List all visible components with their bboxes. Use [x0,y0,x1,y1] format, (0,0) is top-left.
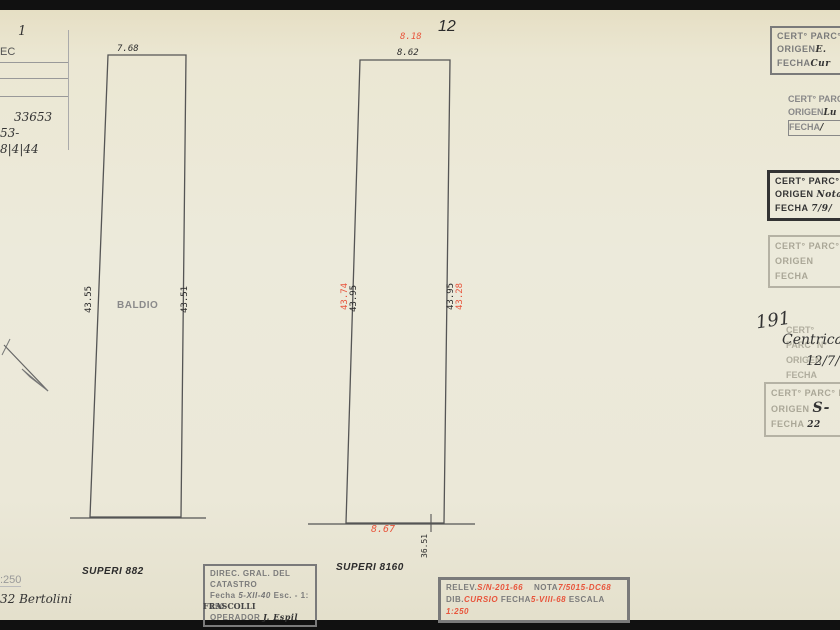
cert-stamp-4: CERT° PARC° N° ORIGEN FECHA [768,235,840,288]
cert-stamp-6: CERT° PARC° N° ORIGEN S- FECHA 22 [764,382,840,437]
right-lot-surface: SUPERI 8160 [336,562,404,573]
right-lot-top-width-red: 8.18 [400,32,422,42]
left-lot-right-side: 43.51 [180,286,190,313]
left-lot-left-side: 43.55 [84,286,94,313]
right-lot-top-width: 8.62 [397,48,419,58]
catastro-stamp: DIREC. GRAL. DEL CATASTRO Fecha 5-XII-40… [203,564,317,627]
left-lot-label: BALDIO [117,300,158,311]
cadastral-plan-sheet: 12 1 EC 33653 53- 8|4|44 7.68 43.55 43.5… [0,10,840,620]
annotation-word: Centrica [782,332,840,348]
relevamiento-stamp: RELEV.S/N-201-66 NOTA7/5015-DC68 DIB.CUR… [438,577,630,623]
catastro-name: FRASCOLLI [203,601,256,611]
annotation-date: 12/7/7 [806,354,840,369]
signature: 32 Bertolini [0,592,72,606]
right-lot-offset: 36.51 [420,534,429,558]
right-lot-bottom-width-red: 8.67 [371,524,395,535]
right-lot-right-side-red: 43.28 [455,283,465,310]
scale-label: :250 [0,574,21,587]
cert-stamp-3: CERT° PARC° N° ORIGEN Nota FECHA 7/9/ [767,170,840,221]
cert-stamp-2: CERT° PARC° ORIGENLu FECHA/ [788,93,840,136]
left-lot-surface: SUPERI 882 [82,566,144,577]
right-lot-left-side: 43.95 [349,285,359,312]
lot-outlines [0,10,840,620]
catastro-title: DIREC. GRAL. DEL CATASTRO [210,568,310,590]
cert-stamp-1: CERT° PARC° N° ORIGENE. FECHACur [770,26,840,75]
